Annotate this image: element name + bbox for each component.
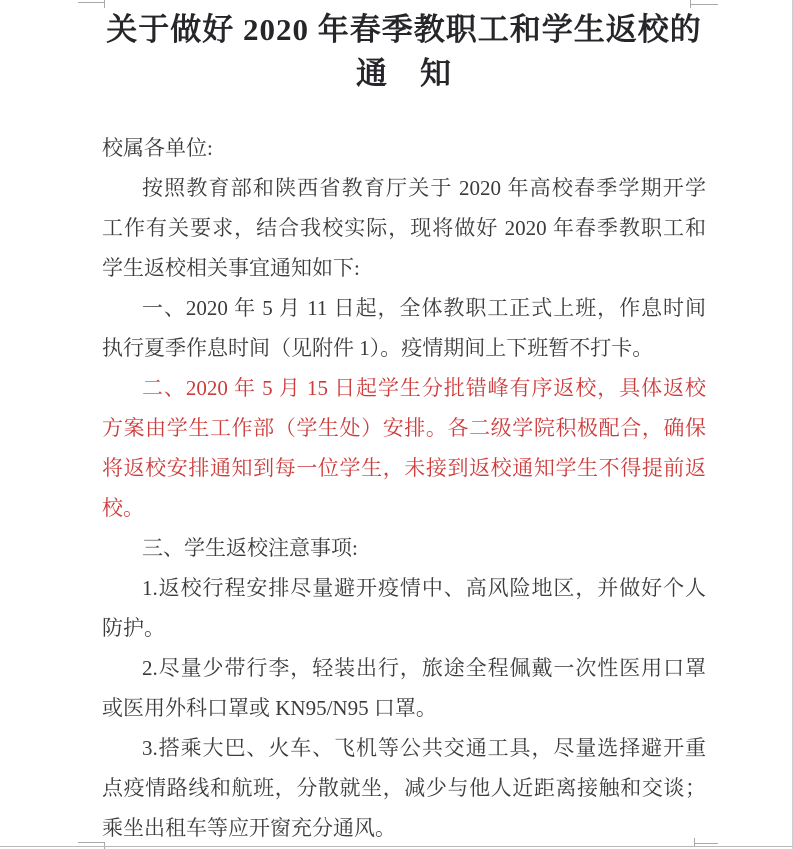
paragraph-line: 执行夏季作息时间（见附件 1）。疫情期间上下班暂不打卡。: [102, 328, 706, 368]
paragraph-line: 三、学生返校注意事项:: [102, 528, 706, 568]
paragraph-line: 二、2020 年 5 月 15 日起学生分批错峰有序返校，具体返校: [102, 368, 706, 408]
crop-mark-top-right: [690, 4, 718, 5]
paragraph-line: 校属各单位:: [102, 128, 706, 168]
document-title-line1: 关于做好 2020 年春季教职工和学生返校的: [102, 8, 706, 52]
paragraph-line: 工作有关要求，结合我校实际，现将做好 2020 年春季教职工和: [102, 208, 706, 248]
paragraph-line: 将返校安排通知到每一位学生，未接到返校通知学生不得提前返: [102, 448, 706, 488]
paragraph-line: 校。: [102, 488, 706, 528]
paragraph-line: 按照教育部和陕西省教育厅关于 2020 年高校春季学期开学: [102, 168, 706, 208]
crop-mark-top-left: [78, 2, 105, 3]
document-page: 关于做好 2020 年春季教职工和学生返校的 通 知 校属各单位:按照教育部和陕…: [0, 0, 793, 849]
paragraph-line: 3.搭乘大巴、火车、飞机等公共交通工具，尽量选择避开重: [102, 728, 706, 768]
paragraph-line: 或医用外科口罩或 KN95/N95 口罩。: [102, 688, 706, 728]
document-title: 关于做好 2020 年春季教职工和学生返校的 通 知: [102, 8, 706, 96]
paragraph-line: 一、2020 年 5 月 11 日起，全体教职工正式上班，作息时间: [102, 288, 706, 328]
crop-mark-top-right-tick: [690, 0, 691, 8]
document-body[interactable]: 校属各单位:按照教育部和陕西省教育厅关于 2020 年高校春季学期开学工作有关要…: [102, 128, 706, 848]
paragraph-line: 2.尽量少带行李，轻装出行，旅途全程佩戴一次性医用口罩: [102, 648, 706, 688]
paragraph-line: 防护。: [102, 608, 706, 648]
document-title-line2: 通 知: [102, 52, 706, 96]
paragraph-line: 点疫情路线和航班，分散就坐，减少与他人近距离接触和交谈；: [102, 768, 706, 808]
paragraph-line: 1.返校行程安排尽量避开疫情中、高风险地区，并做好个人: [102, 568, 706, 608]
paragraph-line: 学生返校相关事宜通知如下:: [102, 248, 706, 288]
crop-mark-top-left-tick: [104, 0, 105, 8]
paragraph-line: 乘坐出租车等应开窗充分通风。: [102, 808, 706, 848]
paragraph-line: 方案由学生工作部（学生处）安排。各二级学院积极配合，确保: [102, 408, 706, 448]
crop-mark-bottom-left: [78, 842, 105, 843]
